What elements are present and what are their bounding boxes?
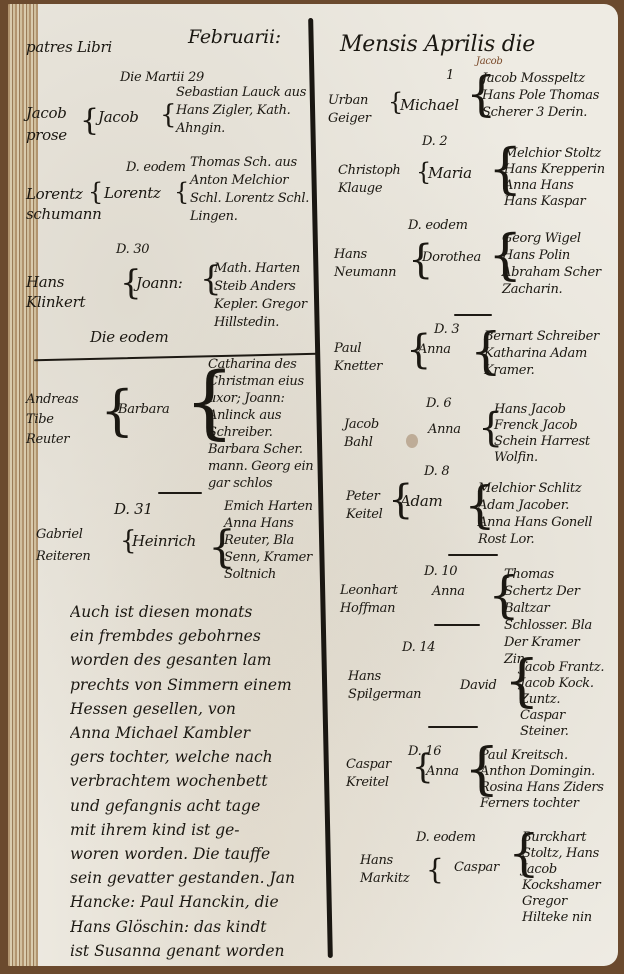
- narrative-paragraph: Auch ist diesen monats ein frembdes gebo…: [70, 600, 320, 963]
- paragraph-line: verbrachtem wochenbett: [70, 769, 320, 793]
- entry-date: D. 6: [426, 396, 451, 411]
- entry-date: D. 8: [424, 464, 449, 479]
- entry-parents: Hans Neumann: [334, 246, 390, 282]
- right-header: Mensis Aprilis die: [340, 32, 535, 57]
- entry-godparents: Sebastian Lauck aus Hans Zigler, Kath. A…: [176, 84, 312, 138]
- entry-parents: Caspar Kreitel: [346, 756, 392, 792]
- entry-date: D. eodem: [416, 830, 476, 845]
- entry-parents: Hans Klinkert: [26, 272, 84, 312]
- entry-godparents: Jacob Mosspeltz Hans Pole Thomas Scherer…: [482, 70, 602, 121]
- entry-child: Dorothea: [422, 250, 481, 265]
- entry-parents: Hans Spilgerman: [348, 668, 420, 704]
- entry-child: Anna: [428, 422, 461, 437]
- entry-godparents: Georg Wigel Hans Polin Abraham Scher Zac…: [502, 230, 606, 298]
- paragraph-line: worden des gesanten lam: [70, 648, 320, 672]
- ink-stain: [406, 434, 418, 448]
- entry-child: Jacob: [98, 108, 139, 126]
- left-header-month: Februarii:: [188, 26, 281, 48]
- entry-child: Michael: [400, 96, 459, 114]
- entry-date: D. 14: [402, 640, 435, 655]
- entry-parents: Jacob Bahl: [344, 416, 388, 452]
- paragraph-line: Anna Michael Kambler: [70, 721, 320, 745]
- entry-godparents: Jacob Frantz. Jacob Kock. Zuntz. Caspar …: [520, 660, 608, 740]
- entry-parents: Christoph Klauge: [338, 162, 398, 198]
- separator-line: [434, 624, 480, 626]
- book-binding-edge: [8, 4, 38, 966]
- entry-child: Anna: [418, 342, 451, 357]
- entry-parents: Lorentz schumann: [26, 184, 84, 224]
- entry-date: Die Martii 29: [120, 70, 204, 85]
- entry-child: David: [460, 678, 497, 693]
- entry-parents: Paul Knetter: [334, 340, 384, 376]
- entry-godparents: Catharina des Christman eius uxor; Joann…: [208, 356, 316, 492]
- paragraph-line: mit ihrem kind ist ge-: [70, 818, 320, 842]
- paragraph-line: Hancke: Paul Hanckin, die: [70, 890, 320, 914]
- paragraph-line: prechts von Simmern einem: [70, 673, 320, 697]
- entry-godparents: Hans Jacob Frenck Jacob Schein Harrest W…: [494, 402, 604, 466]
- manuscript-page: patres Libri Februarii: Die Martii 29 Ja…: [8, 4, 618, 966]
- entry-date: 1: [446, 68, 454, 83]
- brace-icon: {: [426, 856, 444, 884]
- brace-icon: {: [80, 106, 99, 136]
- entry-date: D. eodem: [126, 160, 186, 175]
- entry-godparents: Burckhart Stoltz, Hans Jacob Kockshamer …: [522, 830, 614, 926]
- entry-godparents: Melchior Stoltz Hans Krepperin Anna Hans…: [504, 146, 608, 210]
- entry-child: Barbara: [118, 402, 169, 417]
- brace-icon: {: [174, 180, 189, 204]
- entry-date: D. 2: [422, 134, 447, 149]
- entry-parents: Leonhart Hoffman: [340, 582, 408, 618]
- entry-godparents: Emich Harten Anna Hans Reuter, Bla Senn,…: [224, 498, 316, 583]
- entry-date: D. 31: [114, 500, 153, 518]
- entry-parents: Andreas Tibe Reuter: [26, 390, 86, 450]
- entry-parents: Jacob prose: [26, 102, 78, 146]
- entry-child: Anna: [426, 764, 459, 779]
- brace-icon: {: [160, 102, 177, 128]
- separator-line: [454, 314, 492, 316]
- brace-icon: {: [88, 180, 103, 204]
- paragraph-line: und gefangnis acht tage: [70, 794, 320, 818]
- left-header: patres Libri: [26, 38, 112, 56]
- entry-parents: Urban Geiger: [328, 92, 386, 128]
- entry-child: Anna: [432, 584, 465, 599]
- entry-date: D. eodem: [408, 218, 468, 233]
- separator-line: [448, 554, 498, 556]
- entry-godparents: Thomas Sch. aus Anton Melchior Schl. Lor…: [190, 154, 314, 226]
- entry-child: Joann:: [136, 274, 183, 292]
- entry-child: Adam: [400, 492, 442, 510]
- paragraph-line: gers tochter, welche nach: [70, 745, 320, 769]
- entry-date: D. 30: [116, 242, 149, 257]
- paragraph-line: Auch ist diesen monats: [70, 600, 320, 624]
- paragraph-line: Hans Glöschin: das kindt: [70, 915, 320, 939]
- separator-line: [158, 492, 202, 494]
- entry-godparents: Math. Harten Steib Anders Kepler. Gregor…: [214, 260, 314, 332]
- entry-date: Die eodem: [90, 328, 168, 346]
- entry-parents: Hans Markitz: [360, 852, 420, 888]
- entry-parents: Peter Keitel: [346, 488, 386, 524]
- entry-date: D. 10: [424, 564, 457, 579]
- separator-line: [428, 726, 478, 728]
- paragraph-line: Hessen gesellen, von: [70, 697, 320, 721]
- entry-godparents: Paul Kreitsch. Anthon Domingin. Rosina H…: [480, 748, 610, 812]
- entry-child: Maria: [428, 164, 472, 182]
- entry-parents: Gabriel Reiteren: [36, 524, 106, 568]
- entry-godparents: Bernart Schreiber Katharina Adam Kramer.: [484, 328, 608, 379]
- entry-child: Caspar: [454, 860, 499, 875]
- entry-child: Lorentz: [104, 184, 161, 202]
- entry-godparents: Melchior Schlitz Adam Jacober. Anna Hans…: [478, 480, 602, 548]
- paragraph-line: ein frembdes gebohrnes: [70, 624, 320, 648]
- paragraph-line: woren worden. Die tauffe: [70, 842, 320, 866]
- entry-date: D. 3: [434, 322, 459, 337]
- paragraph-line: ist Susanna genant worden: [70, 939, 320, 963]
- entry-child: Heinrich: [132, 532, 196, 550]
- paragraph-line: sein gevatter gestanden. Jan: [70, 866, 320, 890]
